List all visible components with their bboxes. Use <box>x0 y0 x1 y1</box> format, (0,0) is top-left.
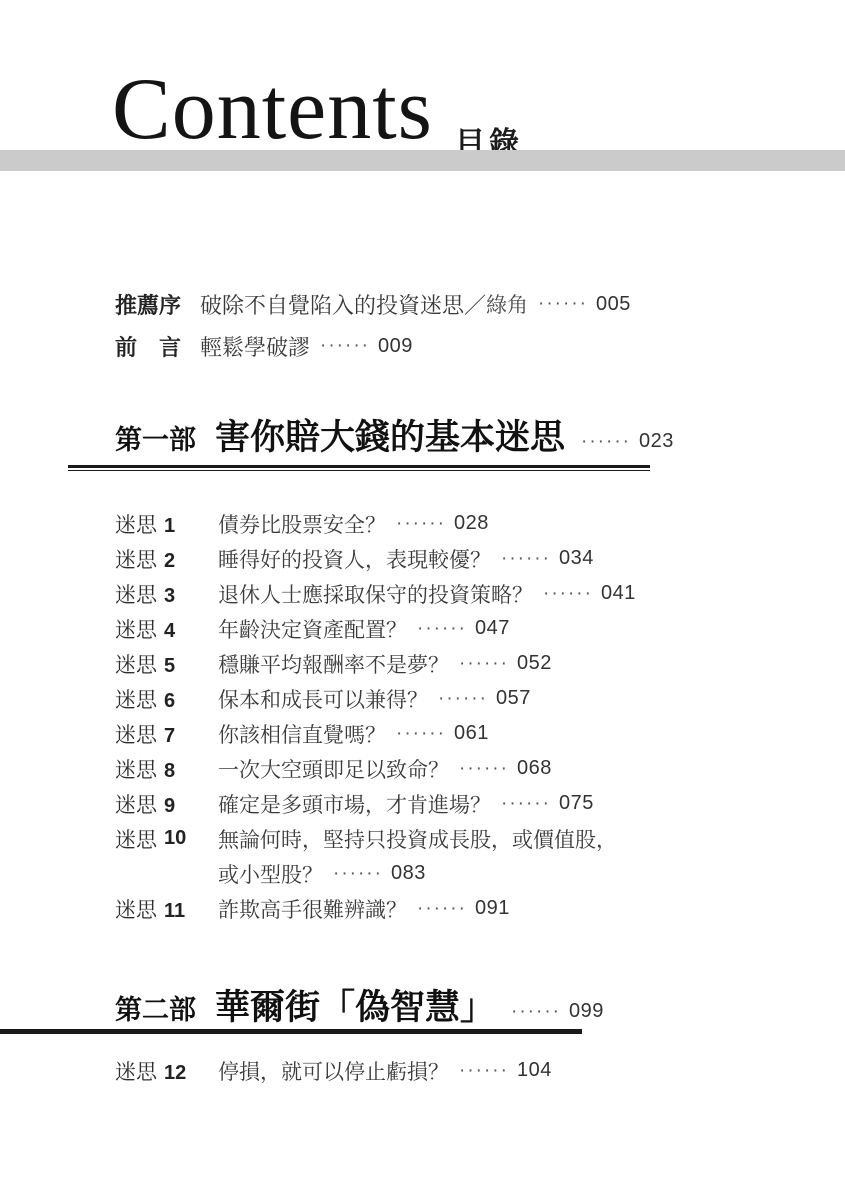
myth-number: 7 <box>164 725 175 748</box>
page-number: 061 <box>454 722 489 745</box>
dot-leader: ······ <box>417 898 467 920</box>
entry-title-line1: 無論何時，堅持只投資成長股，或價值股， <box>218 821 617 856</box>
entry-label: 迷思5 <box>115 649 218 679</box>
entry-label: 迷思2 <box>115 544 218 574</box>
part-page-group: ······ 023 <box>571 430 674 460</box>
toc-entry-foreword: 前 言 輕鬆學破謬 ······ 009 <box>115 325 631 367</box>
toc-page: Contents 目錄 推薦序 破除不自覺陷入的投資迷思 ／ 綠角 ······… <box>0 0 845 1200</box>
myth-number: 10 <box>164 827 186 850</box>
front-matter-section: 推薦序 破除不自覺陷入的投資迷思 ／ 綠角 ······ 005 前 言 輕鬆學… <box>115 283 631 367</box>
entry-label: 迷思11 <box>115 894 218 924</box>
entry-title: 一次大空頭即足以致命？······068 <box>218 754 552 784</box>
part2-entry-list: 迷思12 停損，就可以停止虧損？······104 <box>115 1053 552 1088</box>
entry-title: 你該相信直覺嗎？······061 <box>218 719 489 749</box>
entry-label: 迷思10 <box>115 821 218 856</box>
author-separator: ／ <box>464 289 486 320</box>
page-number: 057 <box>496 687 531 710</box>
dot-leader: ······ <box>417 618 467 640</box>
page-number: 075 <box>559 792 594 815</box>
dot-leader: ······ <box>581 431 631 453</box>
entry-label: 推薦序 <box>115 289 200 320</box>
myth-number: 2 <box>164 550 175 573</box>
toc-entry-myth-1: 迷思1 債券比股票安全？······028 <box>115 506 636 541</box>
entry-label: 迷思3 <box>115 579 218 609</box>
page-number: 041 <box>601 582 636 605</box>
toc-entry-myth-10: 迷思10 無論何時，堅持只投資成長股，或價值股， 或小型股？······083 <box>115 821 636 891</box>
author-name: 綠角 <box>486 289 528 319</box>
entry-title: 停損，就可以停止虧損？······104 <box>218 1056 552 1086</box>
page-number: 091 <box>475 897 510 920</box>
part-label: 第一部 <box>115 418 215 460</box>
toc-entry-myth-3: 迷思3 退休人士應採取保守的投資策略？······041 <box>115 576 636 611</box>
toc-entry-myth-12: 迷思12 停損，就可以停止虧損？······104 <box>115 1053 552 1088</box>
part-title: 華爾街「偽智慧」 <box>215 980 495 1030</box>
dot-leader: ······ <box>396 723 446 745</box>
toc-entry-myth-5: 迷思5 穩賺平均報酬率不是夢？······052 <box>115 646 636 681</box>
myth-number: 9 <box>164 795 175 818</box>
toc-entry-myth-6: 迷思6 保本和成長可以兼得？······057 <box>115 681 636 716</box>
page-number: 023 <box>639 430 674 453</box>
dot-leader: ······ <box>459 653 509 675</box>
header-divider-bar <box>0 150 845 171</box>
entry-title: 輕鬆學破謬 <box>200 331 310 362</box>
entry-label: 迷思7 <box>115 719 218 749</box>
toc-entry-preface: 推薦序 破除不自覺陷入的投資迷思 ／ 綠角 ······ 005 <box>115 283 631 325</box>
entry-title: 債券比股票安全？······028 <box>218 509 489 539</box>
toc-entry-myth-9: 迷思9 確定是多頭市場，才肯進場？······075 <box>115 786 636 821</box>
dot-leader: ······ <box>459 1060 509 1082</box>
page-number: 052 <box>517 652 552 675</box>
toc-entry-myth-2: 迷思2 睡得好的投資人，表現較優？······034 <box>115 541 636 576</box>
page-number: 009 <box>378 335 413 358</box>
page-number: 099 <box>569 1000 604 1023</box>
entry-label: 迷思8 <box>115 754 218 784</box>
page-number: 068 <box>517 757 552 780</box>
entry-title-line2: 或小型股？······083 <box>218 856 617 891</box>
entry-title: 穩賺平均報酬率不是夢？······052 <box>218 649 552 679</box>
toc-entry-myth-11: 迷思11 詐欺高手很難辨識？······091 <box>115 891 636 926</box>
dot-leader: ······ <box>501 793 551 815</box>
dot-leader: ······ <box>538 293 588 315</box>
entry-title: 退休人士應採取保守的投資策略？······041 <box>218 579 636 609</box>
entry-title: 無論何時，堅持只投資成長股，或價值股， 或小型股？······083 <box>218 821 617 891</box>
page-number: 104 <box>517 1059 552 1082</box>
part2-heading: 第二部 華爾街「偽智慧」 ······ 099 <box>115 982 604 1030</box>
part-title: 害你賠大錢的基本迷思 <box>215 410 565 460</box>
page-title-english: Contents <box>112 66 433 154</box>
part1-heading: 第一部 害你賠大錢的基本迷思 ······ 023 <box>115 412 674 460</box>
entry-title: 破除不自覺陷入的投資迷思 <box>200 289 464 320</box>
part-label: 第二部 <box>115 988 215 1030</box>
toc-entry-myth-8: 迷思8 一次大空頭即足以致命？······068 <box>115 751 636 786</box>
entry-title: 保本和成長可以兼得？······057 <box>218 684 531 714</box>
myth-number: 3 <box>164 585 175 608</box>
entry-title: 年齡決定資產配置？······047 <box>218 614 510 644</box>
entry-title: 確定是多頭市場，才肯進場？······075 <box>218 789 594 819</box>
toc-entry-myth-7: 迷思7 你該相信直覺嗎？······061 <box>115 716 636 751</box>
part1-entry-list: 迷思1 債券比股票安全？······028 迷思2 睡得好的投資人，表現較優？·… <box>115 506 636 926</box>
myth-number: 5 <box>164 655 175 678</box>
dot-leader: ······ <box>459 758 509 780</box>
myth-number: 1 <box>164 515 175 538</box>
page-number: 034 <box>559 547 594 570</box>
myth-number: 4 <box>164 620 175 643</box>
page-number: 047 <box>475 617 510 640</box>
dot-leader: ······ <box>438 688 488 710</box>
toc-entry-myth-4: 迷思4 年齡決定資產配置？······047 <box>115 611 636 646</box>
entry-label: 前 言 <box>115 331 200 362</box>
page-number: 083 <box>391 862 426 885</box>
entry-title: 睡得好的投資人，表現較優？······034 <box>218 544 594 574</box>
dot-leader: ······ <box>333 863 383 885</box>
dot-leader: ······ <box>501 548 551 570</box>
part1-rule <box>68 465 650 471</box>
myth-number: 11 <box>164 900 185 923</box>
page-number: 005 <box>596 293 631 316</box>
part-page-group: ······ 099 <box>501 1000 604 1030</box>
entry-label: 迷思12 <box>115 1056 218 1086</box>
dot-leader: ······ <box>320 335 370 357</box>
entry-label: 迷思4 <box>115 614 218 644</box>
entry-title: 詐欺高手很難辨識？······091 <box>218 894 510 924</box>
myth-number: 12 <box>164 1062 186 1085</box>
page-number: 028 <box>454 512 489 535</box>
myth-number: 8 <box>164 760 175 783</box>
myth-number: 6 <box>164 690 175 713</box>
dot-leader: ······ <box>543 583 593 605</box>
dot-leader: ······ <box>511 1001 561 1023</box>
dot-leader: ······ <box>396 513 446 535</box>
entry-label: 迷思9 <box>115 789 218 819</box>
entry-label: 迷思1 <box>115 509 218 539</box>
part2-rule <box>0 1029 582 1034</box>
entry-label: 迷思6 <box>115 684 218 714</box>
